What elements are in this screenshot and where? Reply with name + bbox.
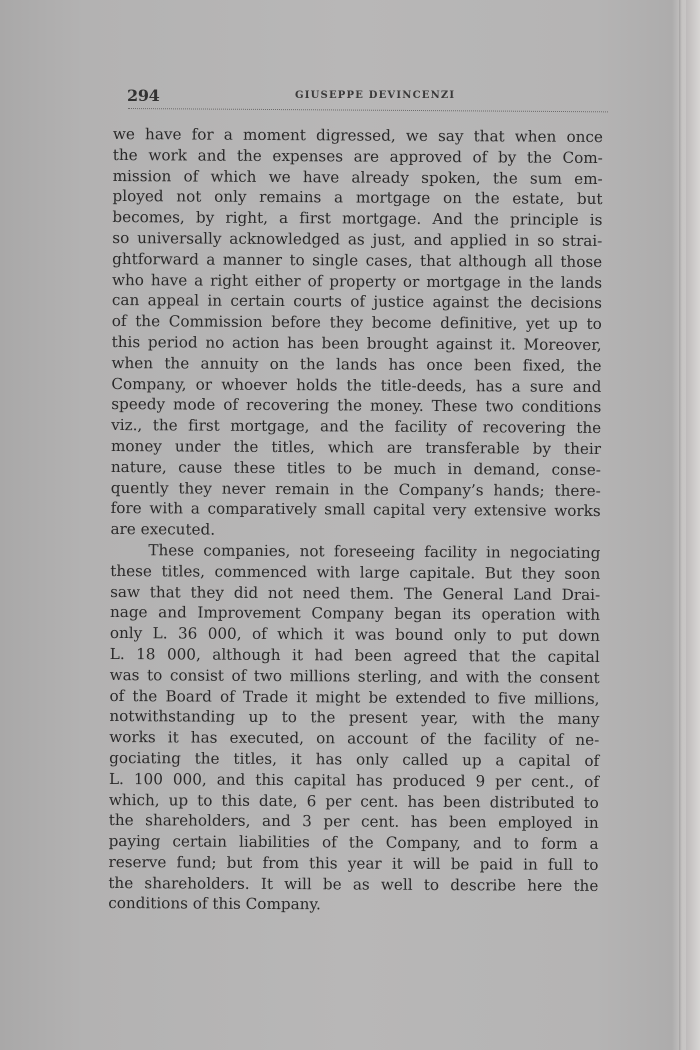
text-line: L. 18 000, although it had been agreed t… (110, 644, 600, 668)
text-line: viz., the first mortgage, and the facili… (111, 415, 601, 439)
text-line: mission of which we have already spoken,… (113, 166, 603, 190)
text-line: money under the titles, which are transf… (111, 436, 601, 460)
adjacent-page-edge (686, 0, 700, 1050)
text-line: reserve fund; but from this year it will… (108, 852, 598, 876)
body-text: we have for a moment digressed, we say t… (108, 124, 603, 917)
text-line: nage and Improvement Company began its o… (110, 602, 600, 626)
text-line: was to consist of two millions sterling,… (110, 665, 600, 689)
text-line: notwithstanding up to the present year, … (109, 706, 599, 730)
page-fold-edge (679, 0, 682, 1050)
header-rule (128, 108, 608, 112)
text-line: of the Board of Trade it might be extend… (109, 686, 599, 710)
text-line: who have a right either of property or m… (112, 270, 602, 294)
text-line: paying certain liabilities of the Compan… (109, 831, 599, 855)
text-line: this period no action has been brought a… (112, 332, 602, 356)
text-line: so universally acknowledged as just, and… (112, 228, 602, 252)
text-line: we have for a moment digressed, we say t… (113, 124, 603, 148)
text-line: saw that they did not need them. The Gen… (110, 582, 600, 606)
text-line: the shareholders. It will be as well to … (108, 873, 598, 897)
text-line: the work and the expenses are approved o… (113, 145, 603, 169)
page-header: 294 GIUSEPPE DEVINCENZI (127, 86, 607, 106)
text-line: fore with a comparatively small capital … (111, 498, 601, 522)
paragraph: These companies, not foreseeing facility… (108, 540, 600, 917)
text-line: ployed not only remains a mortgage on th… (112, 186, 602, 210)
text-line: only L. 36 000, of which it was bound on… (110, 623, 600, 647)
text-line: L. 100 000, and this capital has produce… (109, 769, 599, 793)
text-line: speedy mode of recovering the money. The… (111, 394, 601, 418)
text-line: becomes, by right, a first mortgage. And… (112, 207, 602, 231)
text-line: gociating the titles, it has only called… (109, 748, 599, 772)
text-line: these titles, commenced with large capit… (110, 561, 600, 585)
text-line: when the annuity on the lands has once b… (111, 353, 601, 377)
running-head: GIUSEPPE DEVINCENZI (295, 90, 455, 101)
text-line: of the Commission before they become def… (112, 311, 602, 335)
text-line: nature, cause these titles to be much in… (111, 457, 601, 481)
text-line: Company, or whoever holds the title-deed… (111, 374, 601, 398)
text-line: These companies, not foreseeing facility… (110, 540, 600, 564)
text-line: can appeal in certain courts of justice … (112, 290, 602, 314)
text-line: ghtforward a manner to single cases, tha… (112, 249, 602, 273)
text-line: which, up to this date, 6 per cent. has … (109, 789, 599, 813)
text-line: works it has executed, on account of the… (109, 727, 599, 751)
text-line: conditions of this Company. (108, 893, 598, 917)
paragraph: we have for a moment digressed, we say t… (110, 124, 603, 543)
text-line: quently they never remain in the Company… (111, 478, 601, 502)
text-line: the shareholders, and 3 per cent. has be… (109, 810, 599, 834)
page-number: 294 (127, 86, 160, 105)
text-line: are executed. (110, 519, 600, 543)
